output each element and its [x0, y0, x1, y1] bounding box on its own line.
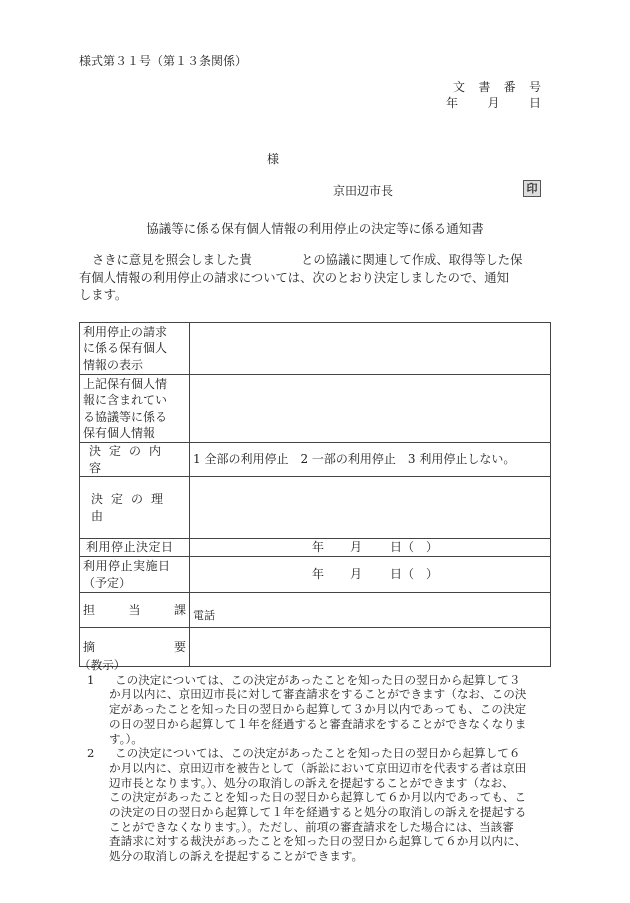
month-label: 月 [350, 539, 362, 556]
label-line: る協議等に係る [83, 409, 186, 426]
consultation-info-field[interactable] [190, 375, 551, 443]
document-date-label: 年 月 日 [446, 94, 541, 111]
label-line: （予定） [83, 575, 186, 592]
label-text: 利用停止決定日 [83, 539, 186, 556]
instruction-text: この決定については、この決定があったことを知った日の翌日から起算して３ か月以内… [109, 673, 551, 747]
doc-number-char: 書 [478, 78, 490, 95]
issuer-name: 京田辺市長 [333, 182, 393, 199]
doc-number-char: 文 [453, 78, 465, 95]
body-line: 有個人情報の利用停止の請求については、次のとおり決定しましたので、通知 [79, 270, 551, 288]
table-row: 決定の理由 [80, 477, 551, 539]
row-label-department: 担当課 担当課 [80, 593, 190, 628]
instructions-heading: （教示） [79, 658, 551, 673]
instruction-line: 査請求に対する裁決があったことを知った日の翌日から起算して６か月以内に、 [109, 834, 551, 849]
document-title: 協議等に係る保有個人情報の利用停止の決定等に係る通知書 [0, 219, 630, 237]
target-info-field[interactable] [190, 323, 551, 375]
label-char: 要 [174, 639, 186, 656]
instruction-line: の日の翌日から起算して１年を経過すると審査請求をすることができなくなりま [109, 717, 551, 732]
body-line: します。 [79, 287, 551, 305]
body-line: さきに意見を照会しました貴 との協議に関連して作成、取得等した保 [79, 252, 551, 270]
label-line: 保有個人情報 [83, 425, 186, 442]
instruction-line: 処分の取消しの訴えを提起することができます。 [109, 849, 551, 864]
label-line: 利用停止の請求 [83, 324, 186, 341]
instruction-text: この決定については、この決定があったことを知った日の翌日から起算して６ か月以内… [109, 746, 551, 864]
instruction-line: か月以内に、京田辺市長に対して審査請求をすることができます（なお、この決 [109, 687, 551, 702]
decision-form-table: 利用停止の請求 に係る保有個人 情報の表示 上記保有個人情 報に含まれてい る協… [79, 322, 551, 667]
instruction-item: 2 この決定については、この決定があったことを知った日の翌日から起算して６ か月… [79, 746, 551, 864]
instruction-line: 定があったことを知った日の翌日から起算して３か月以内であっても、この決定 [109, 702, 551, 717]
label-text: 決定の内容 [83, 443, 186, 476]
instruction-line: この決定については、この決定があったことを知った日の翌日から起算して６ [115, 746, 551, 761]
label-line: に係る保有個人 [83, 340, 186, 357]
table-row: 利用停止決定日 年 月 日（ ） [80, 539, 551, 557]
year-label: 年 [312, 566, 324, 583]
date-year: 年 [446, 94, 458, 111]
year-label: 年 [312, 539, 324, 556]
row-label-consultation-info: 上記保有個人情 報に含まれてい る協議等に係る 保有個人情報 [80, 375, 190, 443]
doc-number-char: 号 [529, 78, 541, 95]
instruction-number: 1 [79, 673, 109, 747]
table-row: 利用停止実施日 （予定） 年 月 日（ ） [80, 557, 551, 593]
row-label-target-info: 利用停止の請求 に係る保有個人 情報の表示 [80, 323, 190, 375]
decision-date-field[interactable]: 年 月 日（ ） [190, 539, 551, 557]
decision-options[interactable]: 1 全部の利用停止 2 一部の利用停止 3 利用停止しない。 [190, 443, 551, 477]
month-label: 月 [350, 566, 362, 583]
table-row: 担当課 担当課 電話 [80, 593, 551, 628]
label-char: 当 [128, 602, 140, 619]
label-text: 決定の理由 [83, 491, 186, 524]
table-row: 利用停止の請求 に係る保有個人 情報の表示 [80, 323, 551, 375]
label-line: 報に含まれてい [83, 392, 186, 409]
instruction-line: か月以内に、京田辺市を被告として（訴訟において京田辺市を代表する者は京田 [109, 761, 551, 776]
row-label-implementation-date: 利用停止実施日 （予定） [80, 557, 190, 593]
label-char: 担 [83, 602, 95, 619]
implementation-date-field[interactable]: 年 月 日（ ） [190, 557, 551, 593]
row-label-decision-content: 決定の内容 [80, 443, 190, 477]
day-weekday-label: 日（ ） [390, 566, 438, 583]
department-phone-field[interactable]: 電話 [190, 593, 551, 628]
label-spread: 担当課 [83, 602, 186, 619]
decision-reason-field[interactable] [190, 477, 551, 539]
label-line: 上記保有個人情 [83, 376, 186, 393]
instruction-item: 1 この決定については、この決定があったことを知った日の翌日から起算して３ か月… [79, 673, 551, 747]
label-line: 情報の表示 [83, 357, 186, 374]
instruction-line: 辺市長となります。）、処分の取消しの訴えを提起することができます（なお、 [109, 776, 551, 791]
date-day: 日 [529, 94, 541, 111]
seal-icon: 印 [523, 180, 541, 197]
instruction-line: ことができなくなります。）。ただし、前項の審査請求をした場合には、当該審 [109, 820, 551, 835]
instructions-section: （教示） 1 この決定については、この決定があったことを知った日の翌日から起算し… [79, 658, 551, 864]
row-label-decision-date: 利用停止決定日 [80, 539, 190, 557]
label-char: 摘 [83, 639, 95, 656]
instruction-line: の決定の日の翌日から起算して１年を経過すると処分の取消しの訴えを提起する [109, 805, 551, 820]
day-weekday-label: 日（ ） [390, 539, 438, 556]
label-line: 利用停止実施日 [83, 558, 186, 575]
doc-number-char: 番 [504, 78, 516, 95]
instruction-line: この決定があったことを知った日の翌日から起算して６か月以内であっても、こ [109, 790, 551, 805]
label-char: 課 [174, 602, 186, 619]
addressee-honorific: 様 [267, 150, 279, 167]
document-number-label: 文 書 番 号 [453, 78, 541, 95]
instruction-line: この決定については、この決定があったことを知った日の翌日から起算して３ [115, 673, 551, 688]
date-month: 月 [487, 94, 499, 111]
table-row: 決定の内容 1 全部の利用停止 2 一部の利用停止 3 利用停止しない。 [80, 443, 551, 477]
body-paragraph: さきに意見を照会しました貴 との協議に関連して作成、取得等した保 有個人情報の利… [79, 252, 551, 305]
table-row: 上記保有個人情 報に含まれてい る協議等に係る 保有個人情報 [80, 375, 551, 443]
form-number: 様式第３１号（第１３条関係） [79, 52, 247, 69]
instruction-number: 2 [79, 746, 109, 864]
row-label-decision-reason: 決定の理由 [80, 477, 190, 539]
label-spread: 摘要 [83, 639, 186, 656]
instruction-line: す。）。 [109, 732, 551, 747]
